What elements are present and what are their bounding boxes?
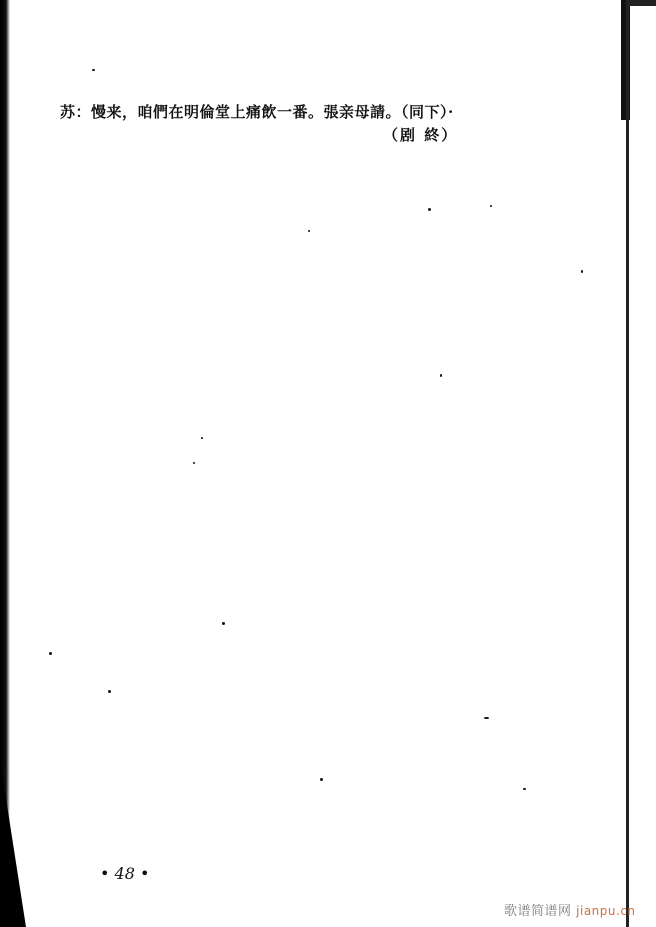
scan-speck xyxy=(440,374,442,377)
scan-speck xyxy=(523,788,526,790)
scan-speck xyxy=(308,230,310,232)
scan-speck xyxy=(581,270,583,273)
scan-speck xyxy=(49,652,52,655)
watermark-cn: 歌谱简谱网 xyxy=(504,904,572,919)
dialogue-line: 苏：慢来，咱們在明倫堂上痛飲一番。張亲母請。（同下）· xyxy=(60,101,454,122)
watermark: 歌谱简谱网 jianpu.cn xyxy=(504,900,636,919)
scan-speck xyxy=(92,69,95,71)
scan-speck xyxy=(193,462,195,464)
scan-speck xyxy=(222,622,225,625)
scan-speck xyxy=(490,205,492,207)
watermark-latin: jianpu.cn xyxy=(576,904,635,918)
scan-speck xyxy=(201,437,203,439)
scan-speck xyxy=(428,208,431,211)
scan-right-corner xyxy=(626,0,656,6)
stage-direction-end: （剧 終） xyxy=(383,124,458,145)
scan-speck xyxy=(484,717,489,719)
scan-speck xyxy=(108,690,111,693)
page-number: • 48 • xyxy=(100,864,149,883)
scan-left-bottom-shadow xyxy=(0,760,26,927)
scan-right-page-edge xyxy=(626,0,629,927)
scan-speck xyxy=(320,778,323,781)
